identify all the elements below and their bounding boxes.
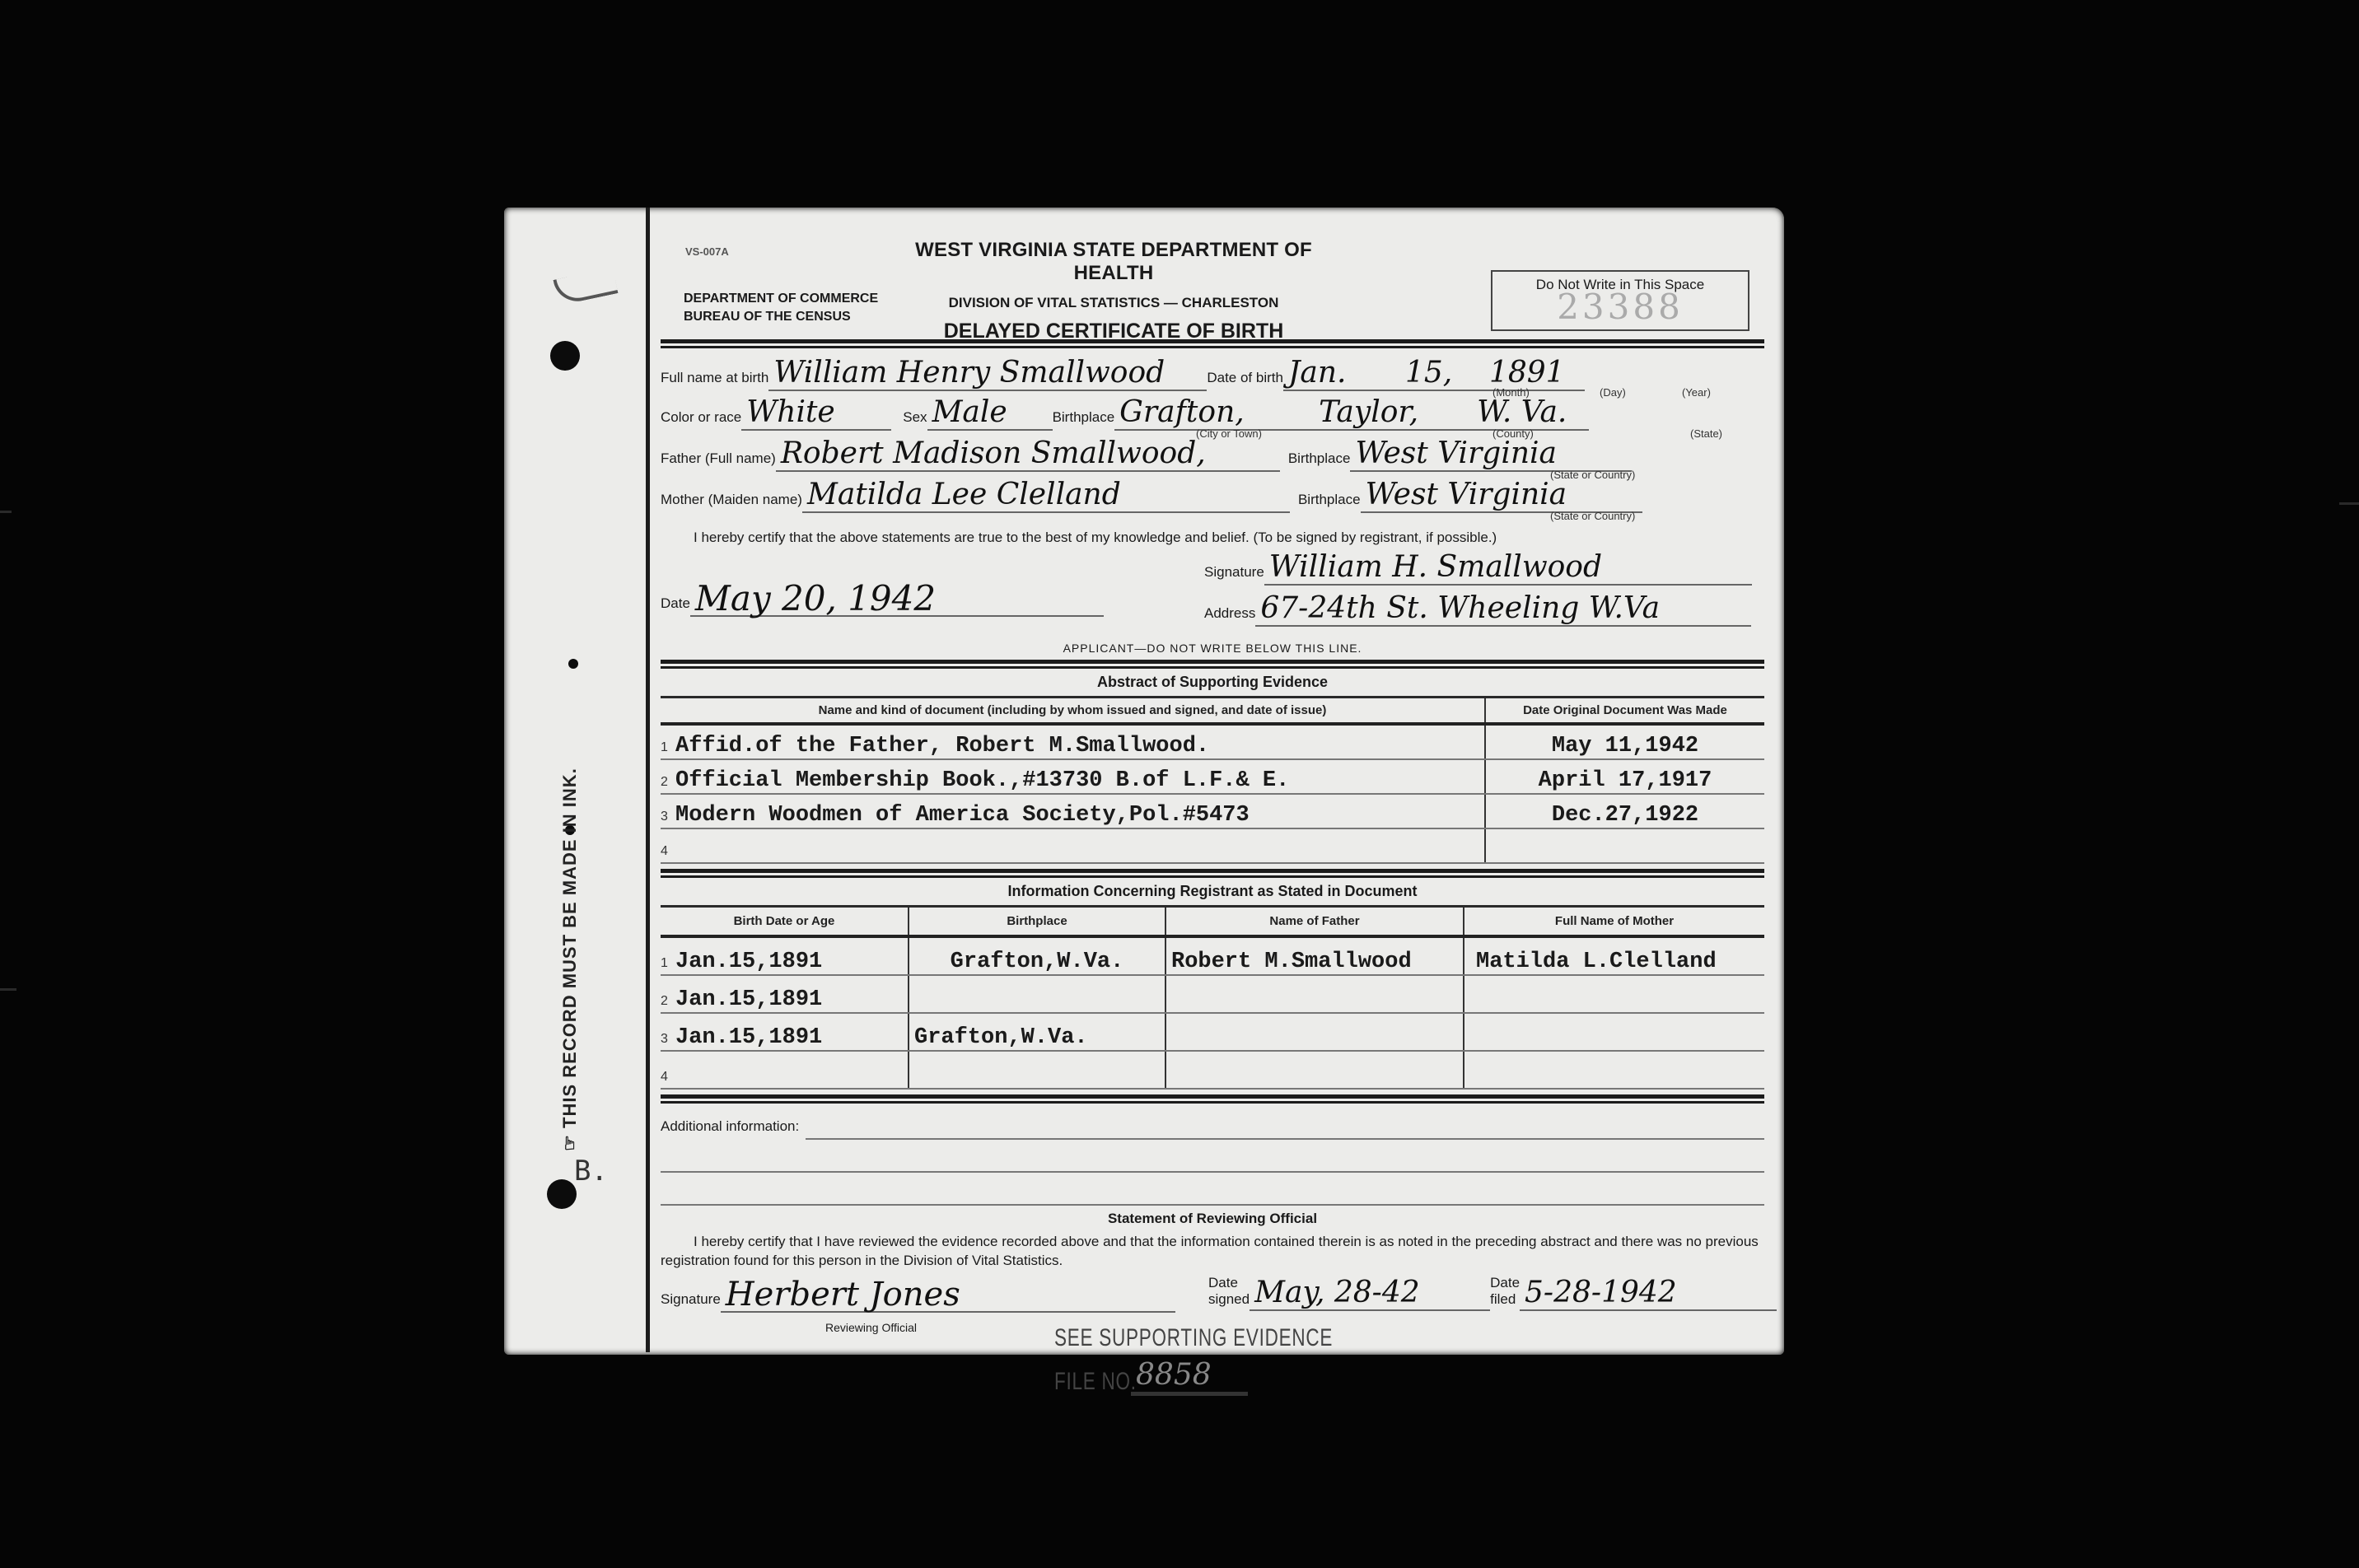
row-number: 1 [661,956,675,971]
sex-value: Male [927,396,1053,431]
registrant-header-row: Birth Date or Age Birthplace Name of Fat… [661,908,1764,936]
father-birthplace: West Virginia [1350,437,1632,472]
date-signed-label: Date signed [1208,1275,1250,1311]
row-number: 2 [661,994,675,1009]
scan-edge-mark [2339,502,2359,505]
address-label: Address [1204,605,1255,627]
mother-name: Matilda Lee Clelland [802,478,1290,513]
file-number: FILE NO. 8858 [1054,1359,1248,1396]
date-label: Date [661,595,690,617]
applicant-date: Date May 20, 1942 [661,582,1104,617]
file-no-value: 8858 [1131,1359,1248,1396]
department-label: DEPARTMENT OF COMMERCE BUREAU OF THE CEN… [684,290,774,326]
review-statement: I hereby certify that I have reviewed th… [661,1232,1764,1270]
date-filed-label-line: filed [1490,1291,1516,1307]
birth-county: Taylor, [1314,396,1472,431]
review-signature-block: Signature Herbert Jones Reviewing Offici… [661,1270,1764,1393]
applicant-address: Address 67-24th St. Wheeling W.Va [1204,592,1751,627]
section-divider [661,1094,1764,1104]
document-name: Official Membership Book.,#13730 B.of L.… [675,768,1289,793]
sex-label: Sex [903,409,927,431]
table-row: 1Jan.15,1891 Grafton,W.Va. Robert M.Smal… [661,936,1764,975]
birth-city: Grafton, [1114,396,1314,431]
father-name: Robert Madison Smallwood, [776,437,1280,472]
punch-hole-top [550,341,580,371]
father-birthplace-label: Birthplace [1288,450,1351,472]
additional-info-label: Additional information: [661,1118,799,1140]
reviewer-signature-label: Signature [661,1291,721,1313]
table-row: 1Affid.of the Father, Robert M.Smallwood… [661,724,1764,759]
father-label: Father (Full name) [661,450,776,472]
dob-label: Date of birth [1207,370,1283,391]
date-filed-value: 5-28-1942 [1520,1276,1777,1311]
date-signed: Date signed May, 28-42 Date filed 5-28-1… [1208,1275,1777,1311]
applicant-certification: I hereby certify that the above statemen… [661,528,1764,548]
row-number: 3 [661,810,675,824]
mother-label: Mother (Maiden name) [661,492,802,513]
mother-row: Mother (Maiden name) Matilda Lee Clellan… [661,472,1764,513]
office-use-box: Do Not Write in This Space 23388 [1491,270,1749,331]
certificate-number: 23388 [1492,293,1748,321]
dob-month: Jan. [1283,357,1400,391]
form-header: VS-007A DEPARTMENT OF COMMERCE BUREAU OF… [661,224,1764,339]
document-date: April 17,1917 [1539,768,1712,793]
date-filed-label-line: Date [1490,1275,1520,1290]
birth-state: W. Va. [1472,396,1589,431]
birthplace: Grafton,W.Va. [951,950,1124,974]
row-number: 4 [661,1070,675,1085]
date-filed-label: Date filed [1490,1275,1520,1311]
document-date: Dec.27,1922 [1552,803,1698,828]
full-name-label: Full name at birth [661,370,768,391]
row-number: 1 [661,740,675,755]
ink-notice: ☞ THIS RECORD MUST BE MADE IN INK. [559,729,581,1190]
table-row: 3Modern Woodmen of America Society,Pol.#… [661,794,1764,828]
date-signed-label-line: Date [1208,1275,1238,1290]
date-signed-value: May, 28-42 [1250,1276,1490,1311]
table-row: 2Jan.15,1891 [661,975,1764,1013]
col-father: Name of Father [1165,908,1464,936]
registrant-info-table: Birth Date or Age Birthplace Name of Fat… [661,908,1764,1090]
margin-rule [646,208,650,1352]
table-row: 2Official Membership Book.,#13730 B.of L… [661,759,1764,794]
race-sex-birthplace-row: Color or race White Sex Male Birthplace … [661,391,1764,431]
form-titles: WEST VIRGINIA STATE DEPARTMENT OF HEALTH… [891,239,1336,343]
signature-label: Signature [1204,564,1264,586]
col-mother: Full Name of Mother [1464,908,1764,936]
binding-margin: ☞ THIS RECORD MUST BE MADE IN INK. B. [504,208,646,1355]
col-document: Name and kind of document (including by … [661,698,1485,724]
state-country-sublabel: (State or Country) [1550,510,1635,522]
supporting-evidence-stamp: SEE SUPPORTING EVIDENCE [1054,1324,1333,1352]
col-birth-date: Birth Date or Age [661,908,909,936]
review-title: Statement of Reviewing Official [661,1206,1764,1232]
race-label: Color or race [661,409,741,431]
row-number: 4 [661,844,675,859]
race-value: White [741,396,891,431]
scan-edge-mark [0,511,12,513]
certificate-form: VS-007A DEPARTMENT OF COMMERCE BUREAU OF… [661,224,1764,1393]
table-row: 4 [661,828,1764,863]
document-name: Modern Woodmen of America Society,Pol.#5… [675,803,1250,828]
applicant-divider-note: APPLICANT—DO NOT WRITE BELOW THIS LINE. [661,642,1764,655]
section-divider [661,869,1764,878]
certificate-page: ☞ THIS RECORD MUST BE MADE IN INK. B. VS… [504,208,1784,1355]
binding-dot [568,659,578,669]
row-number: 3 [661,1032,675,1047]
applicant-signature: Signature William H. Smallwood [1204,551,1752,586]
evidence-title: Abstract of Supporting Evidence [661,669,1764,696]
birth-date: Jan.15,1891 [675,987,822,1012]
agency-title: WEST VIRGINIA STATE DEPARTMENT OF HEALTH [891,239,1336,285]
birth-date: Jan.15,1891 [675,1025,822,1050]
col-birthplace: Birthplace [909,908,1165,936]
additional-info-line [661,1173,1764,1206]
document-date: May 11,1942 [1552,734,1698,758]
section-divider [661,660,1764,669]
mother-name: Matilda L.Clelland [1476,950,1717,974]
applicant-signature-block: Date May 20, 1942 Signature William H. S… [661,548,1764,638]
evidence-header-row: Name and kind of document (including by … [661,698,1764,724]
birth-date: Jan.15,1891 [675,950,822,974]
additional-info-line [661,1140,1764,1173]
date-value: May 20, 1942 [690,582,1104,617]
additional-info-row: Additional information: [661,1104,1764,1140]
scan-edge-mark [0,988,16,991]
checkmark-annotation [553,268,618,306]
reviewer-signature-value: Herbert Jones [721,1278,1175,1313]
address-value: 67-24th St. Wheeling W.Va [1255,592,1751,627]
form-code: VS-007A [685,245,729,258]
row-number: 2 [661,775,675,790]
name-row: Full name at birth William Henry Smallwo… [661,348,1764,391]
date-signed-label-line: signed [1208,1291,1250,1307]
margin-letter: B. [574,1155,608,1188]
birthplace-label: Birthplace [1053,409,1115,431]
dob-day: 15, [1400,357,1484,391]
father-row: Father (Full name) Robert Madison Smallw… [661,431,1764,472]
table-row: 3Jan.15,1891 Grafton,W.Va. [661,1013,1764,1051]
division-title: DIVISION OF VITAL STATISTICS — CHARLESTO… [891,295,1336,311]
reviewing-official-label: Reviewing Official [825,1321,917,1334]
department-line: DEPARTMENT OF COMMERCE [684,290,774,308]
col-date: Date Original Document Was Made [1485,698,1764,724]
full-name-value: William Henry Smallwood [768,357,1207,391]
signature-value: William H. Smallwood [1264,551,1752,586]
file-no-label: FILE NO. [1054,1368,1137,1396]
mother-birthplace-label: Birthplace [1298,492,1361,513]
mother-birthplace: West Virginia [1361,478,1642,513]
department-line: BUREAU OF THE CENSUS [684,308,774,326]
father-name: Robert M.Smallwood [1171,950,1412,974]
reviewer-signature: Signature Herbert Jones [661,1278,1175,1313]
certificate-title: DELAYED CERTIFICATE OF BIRTH [891,320,1336,343]
additional-info-line [806,1107,1764,1140]
document-name: Affid.of the Father, Robert M.Smallwood. [675,734,1209,758]
evidence-table: Name and kind of document (including by … [661,698,1764,864]
birthplace: Grafton,W.Va. [914,1025,1088,1050]
registrant-info-title: Information Concerning Registrant as Sta… [661,878,1764,905]
table-row: 4 [661,1051,1764,1089]
review-section: Statement of Reviewing Official I hereby… [661,1206,1764,1393]
